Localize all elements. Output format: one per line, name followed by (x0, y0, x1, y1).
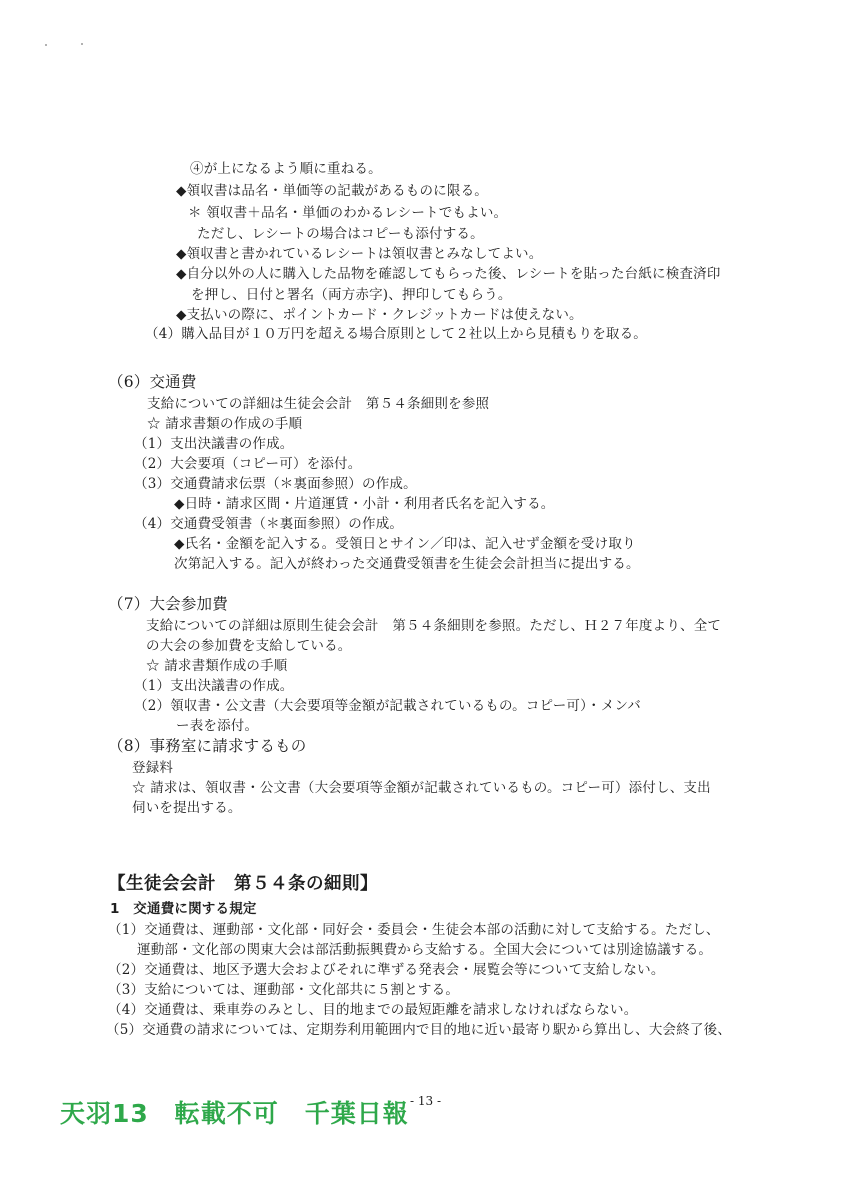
text-line: ＊ 領収書＋品名・単価のわかるレシートでもよい。 (188, 203, 507, 223)
text-line: （4）交通費受領書（＊裏面参照）の作成。 (134, 514, 403, 534)
text-line: ☆ 請求書類の作成の手順 (147, 414, 302, 434)
text-line: （3）交通費請求伝票（＊裏面参照）の作成。 (134, 474, 417, 494)
text-line: （1）交通費は、運動部・文化部・同好会・委員会・生徒会本部の活動に対して支給する… (108, 920, 720, 940)
section-heading: （8）事務室に請求するもの (108, 736, 306, 756)
text-line: ☆ 請求は、領収書・公文書（大会要項等金額が記載されているもの。コピー可）添付し… (132, 778, 711, 798)
text-line: （3）支給については、運動部・文化部共に５割とする。 (108, 980, 459, 1000)
text-line: ◆氏名・金額を記入する。受領日とサイン／印は、記入せず金額を受け取り (174, 534, 636, 554)
text-line: ☆ 請求書類作成の手順 (146, 656, 288, 676)
text-line: の大会の参加費を支給している。 (146, 636, 352, 656)
text-line: （1）支出決議書の作成。 (134, 434, 294, 454)
article-subtitle: 1 交通費に関する規定 (110, 899, 257, 919)
text-line: 支給についての詳細は原則生徒会会計 第５４条細則を参照。ただし、Ｈ２７年度より、… (146, 616, 721, 636)
text-line: ◆領収書は品名・単価等の記載があるものに限る。 (176, 181, 488, 201)
text-line: 支給についての詳細は生徒会会計 第５４条細則を参照 (147, 394, 489, 414)
text-line: （5）交通費の請求については、定期券利用範囲内で目的地に近い最寄り駅から算出し、… (106, 1020, 731, 1040)
scan-speck (45, 44, 47, 46)
text-line: 運動部・文化部の関東大会は部活動振興費から支給する。全国大会については別途協議す… (137, 940, 712, 960)
page-number: - 13 - (410, 1094, 441, 1108)
section-heading: （6）交通費 (108, 372, 197, 392)
text-line: ただし、レシートの場合はコピーも添付する。 (197, 224, 484, 244)
text-line: ◆支払いの際に、ポイントカード・クレジットカードは使えない。 (176, 305, 583, 325)
text-line: （4）交通費は、乗車券のみとし、目的地までの最短距離を請求しなければならない。 (108, 1000, 637, 1020)
text-line: （2）領収書・公文書（大会要項等金額が記載されているもの。コピー可）・メンバ (134, 696, 641, 716)
watermark: 天羽13 転載不可 千葉日報 (60, 1094, 409, 1130)
text-line: ◆日時・請求区間・片道運賃・小計・利用者氏名を記入する。 (174, 494, 554, 514)
text-line: ◆自分以外の人に購入した品物を確認してもらった後、レシートを貼った台紙に検査済印 (176, 264, 721, 284)
text-line: ー表を添付。 (176, 716, 258, 736)
text-line: （2）大会要項（コピー可）を添付。 (134, 454, 361, 474)
section-heading: （7）大会参加費 (108, 594, 228, 614)
text-line: を押し、日付と署名（両方赤字)、押印してもらう。 (191, 285, 512, 305)
text-line: 伺いを提出する。 (132, 798, 242, 818)
text-line: ④が上になるよう順に重ねる。 (190, 159, 382, 179)
text-line: （4）購入品目が１０万円を超える場合原則として２社以上から見積もりを取る。 (145, 324, 647, 344)
text-line: （1）支出決議書の作成。 (134, 676, 294, 696)
text-line: ◆領収書と書かれているレシートは領収書とみなしてよい。 (176, 244, 542, 264)
scan-speck (81, 43, 83, 45)
article-title: 【生徒会会計 第５４条の細則】 (108, 874, 378, 894)
text-line: 登録料 (132, 758, 173, 778)
text-line: 次第記入する。記入が終わった交通費受領書を生徒会会計担当に提出する。 (174, 554, 640, 574)
text-line: （2）交通費は、地区予選大会およびそれに準ずる発表会・展覧会等について支給しない… (108, 960, 665, 980)
